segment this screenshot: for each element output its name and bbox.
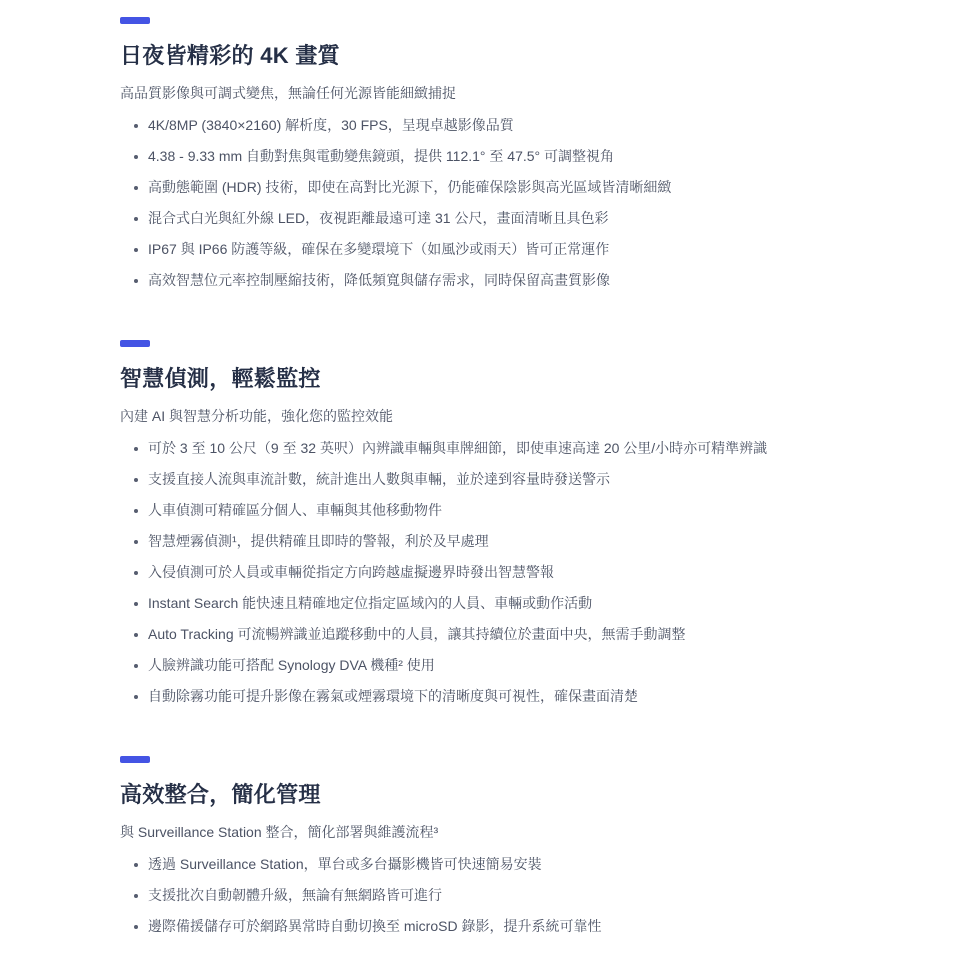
feature-bullet: 入侵偵測可於人員或車輛從指定方向跨越虛擬邊界時發出智慧警報 [120,557,910,588]
feature-list: 可於 3 至 10 公尺（9 至 32 英呎）內辨識車輛與車牌細節，即使車速高達… [120,433,910,712]
section-subtitle: 與 Surveillance Station 整合，簡化部署與維護流程³ [120,822,910,842]
section-integration: 高效整合，簡化管理 與 Surveillance Station 整合，簡化部署… [120,756,910,942]
section-smart-detection: 智慧偵測，輕鬆監控 內建 AI 與智慧分析功能，強化您的監控效能 可於 3 至 … [120,340,910,712]
feature-bullet: 高動態範圍 (HDR) 技術，即使在高對比光源下，仍能確保陰影與高光區域皆清晰細… [120,172,910,203]
feature-bullet: IP67 與 IP66 防護等級，確保在多變環境下（如風沙或雨天）皆可正常運作 [120,234,910,265]
feature-bullet: 人車偵測可精確區分個人、車輛與其他移動物件 [120,495,910,526]
section-accent-bar [120,756,150,763]
feature-bullet: 4K/8MP (3840×2160) 解析度，30 FPS，呈現卓越影像品質 [120,110,910,141]
feature-bullet: 自動除霧功能可提升影像在霧氣或煙霧環境下的清晰度與可視性，確保畫面清楚 [120,681,910,712]
section-accent-bar [120,17,150,24]
section-4k-quality: 日夜皆精彩的 4K 畫質 高品質影像與可調式變焦，無論任何光源皆能細緻捕捉 4K… [120,17,910,296]
section-accent-bar [120,340,150,347]
feature-bullet: 可於 3 至 10 公尺（9 至 32 英呎）內辨識車輛與車牌細節，即使車速高達… [120,433,910,464]
feature-bullet: 高效智慧位元率控制壓縮技術，降低頻寬與儲存需求，同時保留高畫質影像 [120,265,910,296]
feature-bullet: 支援直接人流與車流計數，統計進出人數與車輛，並於達到容量時發送警示 [120,464,910,495]
feature-bullet: 4.38 - 9.33 mm 自動對焦與電動變焦鏡頭，提供 112.1° 至 4… [120,141,910,172]
feature-bullet: 人臉辨識功能可搭配 Synology DVA 機種² 使用 [120,650,910,681]
feature-bullet: 透過 Surveillance Station，單台或多台攝影機皆可快速簡易安裝 [120,849,910,880]
section-subtitle: 內建 AI 與智慧分析功能，強化您的監控效能 [120,406,910,426]
section-title: 智慧偵測，輕鬆監控 [120,365,910,393]
section-title: 高效整合，簡化管理 [120,781,910,809]
feature-bullet: Auto Tracking 可流暢辨識並追蹤移動中的人員，讓其持續位於畫面中央，… [120,619,910,650]
feature-bullet: 邊際備援儲存可於網路異常時自動切換至 microSD 錄影，提升系統可靠性 [120,911,910,942]
feature-list: 透過 Surveillance Station，單台或多台攝影機皆可快速簡易安裝… [120,849,910,942]
feature-list: 4K/8MP (3840×2160) 解析度，30 FPS，呈現卓越影像品質 4… [120,110,910,296]
feature-bullet: Instant Search 能快速且精確地定位指定區域內的人員、車輛或動作活動 [120,588,910,619]
feature-bullet: 智慧煙霧偵測¹，提供精確且即時的警報，利於及早處理 [120,526,910,557]
feature-bullet: 混合式白光與紅外線 LED，夜視距離最遠可達 31 公尺，畫面清晰且具色彩 [120,203,910,234]
section-title: 日夜皆精彩的 4K 畫質 [120,42,910,70]
product-feature-page: 日夜皆精彩的 4K 畫質 高品質影像與可調式變焦，無論任何光源皆能細緻捕捉 4K… [0,0,960,960]
section-subtitle: 高品質影像與可調式變焦，無論任何光源皆能細緻捕捉 [120,83,910,103]
feature-bullet: 支援批次自動韌體升級，無論有無網路皆可進行 [120,880,910,911]
